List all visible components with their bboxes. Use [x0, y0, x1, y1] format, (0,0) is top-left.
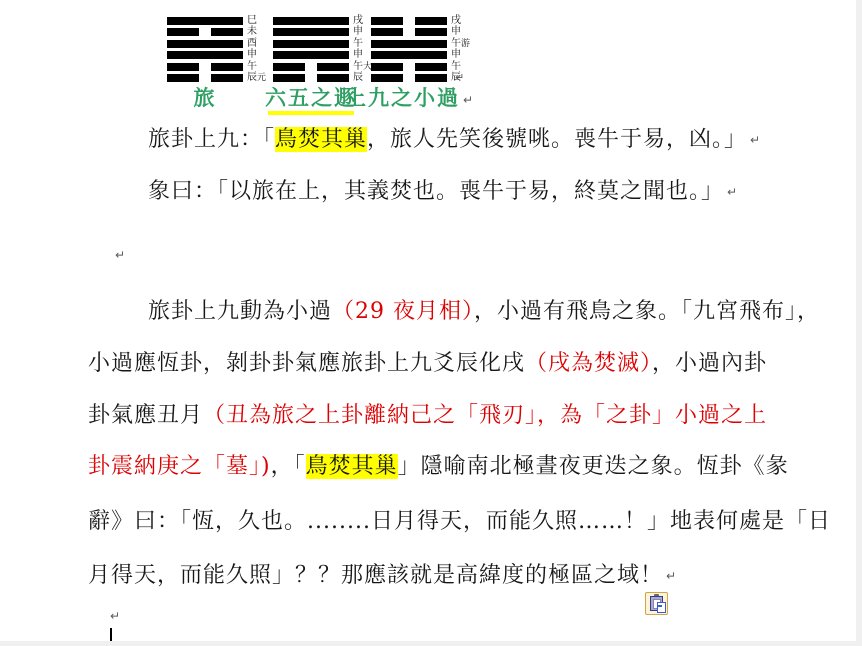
yao-line-segment — [167, 51, 243, 59]
yao-line-segment — [167, 63, 199, 71]
hexagram-yao-2 — [371, 63, 447, 71]
body-text: 旅卦上九動為小過 — [148, 299, 332, 324]
body-text: 卦氣應丑月 — [88, 403, 203, 428]
yao-line-segment — [273, 63, 305, 71]
hexagram-yao-5 — [167, 28, 243, 36]
hexagram-yao-1 — [371, 74, 447, 82]
text-line-1[interactable]: 旅卦上九：「鳥焚其巢，旅人先笑後號咷。喪牛于易，凶。」↵ — [148, 125, 760, 155]
body-text: 」隱喻南北極晝夜更迭之象。恆卦《彖 — [398, 454, 789, 479]
hexagram-yao-1 — [273, 74, 349, 82]
body-text: ，小過有飛鳥之象。「九宮飛布」， — [474, 299, 820, 324]
yao-line-segment — [371, 74, 403, 82]
body-text: ，小過內卦 — [652, 351, 767, 376]
yao-line-segment — [211, 63, 243, 71]
text-line-4[interactable]: 旅卦上九動為小過（29 夜月相），小過有飛鳥之象。「九宮飛布」， — [148, 297, 820, 327]
shi-position-marker: 元 — [257, 73, 266, 83]
yao-line-segment — [273, 28, 349, 36]
yao-line-segment — [371, 63, 403, 71]
paragraph-mark-icon: ↵ — [455, 71, 464, 84]
paste-mark-icon — [658, 605, 662, 607]
hexagram-yao-4 — [167, 40, 243, 48]
hexagram-yao-4 — [273, 40, 349, 48]
yao-line-segment — [167, 40, 243, 48]
highlighted-text: 鳥焚其巢 — [306, 454, 398, 479]
hexagram-figure-1[interactable]: 巳未酉申午辰元旅 — [167, 17, 277, 129]
yao-line-segment — [371, 28, 403, 36]
yao-line-segment — [273, 74, 305, 82]
hexagram-yao-5 — [273, 28, 349, 36]
yao-line-segment — [273, 40, 349, 48]
red-annotation-text: 卦震納庚之「墓」) — [88, 454, 271, 479]
yao-line-segment — [317, 74, 349, 82]
yao-line-segment — [273, 51, 349, 59]
window-bottom-edge — [0, 641, 862, 646]
yao-line-segment — [211, 28, 243, 36]
paragraph-mark-icon: ↵ — [750, 133, 760, 147]
hexagram-yao-3 — [273, 51, 349, 59]
yao-line-segment — [371, 40, 447, 48]
red-annotation-text: （29 夜月相） — [332, 299, 474, 324]
highlighted-text: 鳥焚其巢 — [275, 127, 367, 152]
body-text: 辭》曰：「恆，久也。........日月得天，而能久照……！」地表何處是「日 — [88, 509, 831, 534]
text-line-2[interactable]: 象曰：「以旅在上，其義焚也。喪牛于易，終莫之聞也。」↵ — [148, 177, 737, 207]
hexagram-yao-3 — [167, 51, 243, 59]
yao-line-segment — [415, 63, 447, 71]
yao-line-segment — [273, 17, 349, 25]
yao-line-segment — [167, 17, 243, 25]
body-text: ，「 — [271, 454, 306, 479]
branch-annotation: 酉 — [247, 39, 257, 49]
hexagram-yao-4 — [371, 40, 447, 48]
hexagram-yao-3 — [371, 51, 447, 59]
hexagram-yao-2 — [273, 63, 349, 71]
body-text: 小過應恆卦，剝卦卦氣應旅卦上九爻辰化戌 — [88, 351, 525, 376]
yao-line-segment — [371, 51, 447, 59]
hexagram-yao-5 — [371, 28, 447, 36]
branch-annotation: 午大 — [353, 62, 372, 72]
branch-annotation: 申 — [451, 27, 461, 37]
hexagram-figure-3[interactable]: 戌申午游申午辰↵上九之小過↵ — [371, 17, 481, 129]
branch-annotation: 戌 — [451, 16, 461, 26]
text-line-3[interactable]: ↵ — [112, 240, 125, 270]
window-right-edge — [856, 0, 862, 646]
branch-annotation: 申 — [451, 50, 461, 60]
branch-annotation: 申 — [247, 50, 257, 60]
paragraph-mark-icon: ↵ — [463, 93, 473, 107]
hexagram-yao-1 — [167, 74, 243, 82]
paragraph-mark-icon: ↵ — [115, 248, 125, 262]
text-line-6[interactable]: 卦氣應丑月（丑為旅之上卦離納己之「飛刃」，為「之卦」小過之上 — [88, 401, 767, 431]
yao-line-segment — [167, 28, 199, 36]
branch-annotation: 午 — [353, 39, 363, 49]
text-line-8[interactable]: 辭》曰：「恆，久也。........日月得天，而能久照……！」地表何處是「日 — [88, 507, 831, 537]
hexagram-label: 上九之小過↵ — [345, 86, 473, 112]
hexagram-yao-6 — [371, 17, 447, 25]
body-text: 象曰：「以旅在上，其義焚也。喪牛于易，終莫之聞也。」 — [148, 179, 724, 204]
yao-line-segment — [167, 74, 199, 82]
document-page[interactable]: ↵ 旅卦上九：「鳥焚其巢，旅人先笑後號咷。喪牛于易，凶。」↵象曰：「以旅在上，其… — [0, 0, 862, 646]
hexagram-yao-6 — [167, 17, 243, 25]
branch-annotation: 戌 — [353, 16, 363, 26]
branch-annotation: 申 — [353, 27, 363, 37]
yao-line-segment — [317, 63, 349, 71]
branch-annotation: 巳 — [247, 16, 257, 26]
red-annotation-text: （丑為旅之上卦離納己之「飛刃」，為「之卦」小過之上 — [203, 403, 767, 428]
paragraph-mark-icon: ↵ — [666, 569, 676, 583]
yao-line-segment — [211, 74, 243, 82]
yao-line-segment — [371, 17, 403, 25]
hexagram-yao-2 — [167, 63, 243, 71]
hexagram-label: 旅 — [194, 86, 217, 110]
branch-annotation: 辰 — [353, 73, 363, 83]
yao-line-segment — [415, 17, 447, 25]
branch-annotation: 辰元 — [247, 73, 266, 83]
branch-annotation: 午 — [247, 62, 257, 72]
branch-annotation: 未 — [247, 27, 257, 37]
yao-line-segment — [415, 74, 447, 82]
paragraph-mark-icon: ↵ — [110, 609, 120, 623]
paste-options-button[interactable] — [645, 592, 668, 615]
yao-line-segment — [415, 28, 447, 36]
hexagram-figure-2[interactable]: 戌申午申午大辰六五之遯 — [273, 17, 383, 129]
branch-annotation: 申 — [353, 50, 363, 60]
body-text: 旅卦上九：「 — [148, 127, 275, 152]
text-line-9[interactable]: 月得天，而能久照」？？那應該就是高緯度的極區之域！↵ — [88, 561, 676, 591]
paragraph-mark-icon: ↵ — [727, 185, 737, 199]
text-line-7[interactable]: 卦震納庚之「墓」)，「鳥焚其巢」隱喻南北極晝夜更迭之象。恆卦《彖 — [88, 452, 789, 482]
body-text: ，旅人先笑後號咷。喪牛于易，凶。」 — [367, 127, 747, 152]
hexagram-label: 六五之遯 — [265, 86, 357, 110]
hexagram-yao-6 — [273, 17, 349, 25]
text-line-5[interactable]: 小過應恆卦，剝卦卦氣應旅卦上九爻辰化戌（戌為焚滅），小過內卦 — [88, 349, 767, 379]
body-text: 月得天，而能久照」？？那應該就是高緯度的極區之域！ — [88, 563, 663, 588]
shi-position-marker: 游 — [461, 39, 470, 49]
paste-page-icon — [657, 602, 666, 613]
label-highlight-strip — [268, 111, 354, 115]
red-annotation-text: （戌為焚滅） — [525, 351, 652, 376]
branch-annotation: 午游 — [451, 39, 470, 49]
